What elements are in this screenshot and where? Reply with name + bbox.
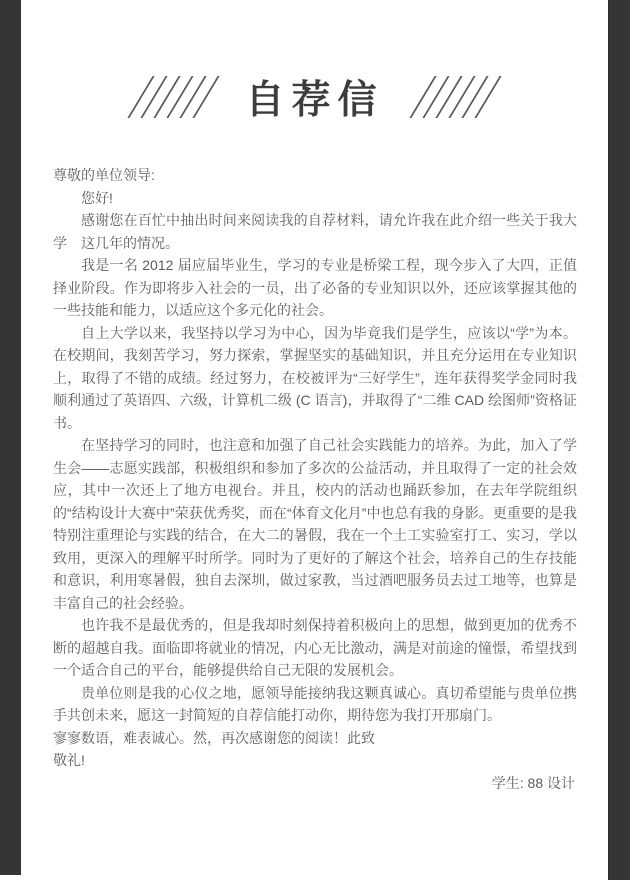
letter-paragraph: 贵单位则是我的心仪之地，愿领导能接纳我这颗真诚心。真切希望能与贵单位携手共创未来… — [53, 682, 577, 727]
letter-paragraph: 感谢您在百忙中抽出时间来阅读我的自荐材料，请允许我在此介绍一些关于我大学 这几年… — [53, 209, 577, 254]
slash-icon — [141, 76, 168, 118]
letter-paragraph: 在坚持学习的同时，也注意和加强了自己社会实践能力的培养。为此，加入了学生会——志… — [53, 434, 577, 614]
slashes-right-icon — [410, 75, 501, 119]
greeting: 您好! — [53, 187, 577, 210]
slash-icon — [128, 76, 155, 118]
slash-icon — [154, 76, 181, 118]
slashes-left-icon — [128, 75, 219, 119]
salutation: 尊敬的单位领导: — [53, 164, 577, 187]
slash-icon — [193, 76, 220, 118]
page-backdrop-left — [0, 0, 21, 875]
letter-body: 尊敬的单位领导: 您好! 感谢您在百忙中抽出时间来阅读我的自荐材料，请允许我在此… — [53, 164, 577, 794]
slash-icon — [167, 76, 194, 118]
page-title: 自荐信 — [245, 69, 383, 125]
letter-paragraph: 自上大学以来，我坚持以学习为中心，因为毕竟我们是学生，应该以“学”为本。在校期间… — [53, 322, 577, 435]
slash-icon — [422, 76, 449, 118]
letter-paragraph: 我是一名 2012 届应届毕业生，学习的专业是桥梁工程，现今步入了大四，正值择业… — [53, 254, 577, 322]
slash-icon — [180, 76, 207, 118]
page-backdrop-right — [608, 0, 630, 880]
signature-line: 学生: 88 设计 — [53, 772, 577, 795]
slash-icon — [409, 76, 436, 118]
letter-page: 自荐信 尊敬的单位领导: 您好! 感谢您在百忙中抽出时间来阅读我的自荐材料，请允… — [21, 0, 608, 891]
closing-line: 寥寥数语，难表诚心。然，再次感谢您的阅读！此致 — [53, 727, 577, 750]
salute-line: 敬礼! — [53, 749, 577, 772]
slash-icon — [474, 76, 501, 118]
slash-icon — [461, 76, 488, 118]
letter-paragraph: 也许我不是最优秀的，但是我却时刻保持着积极向上的思想，做到更加的优秀不断的超越自… — [53, 614, 577, 682]
title-row: 自荐信 — [21, 72, 608, 122]
slash-icon — [448, 76, 475, 118]
slash-icon — [435, 76, 462, 118]
